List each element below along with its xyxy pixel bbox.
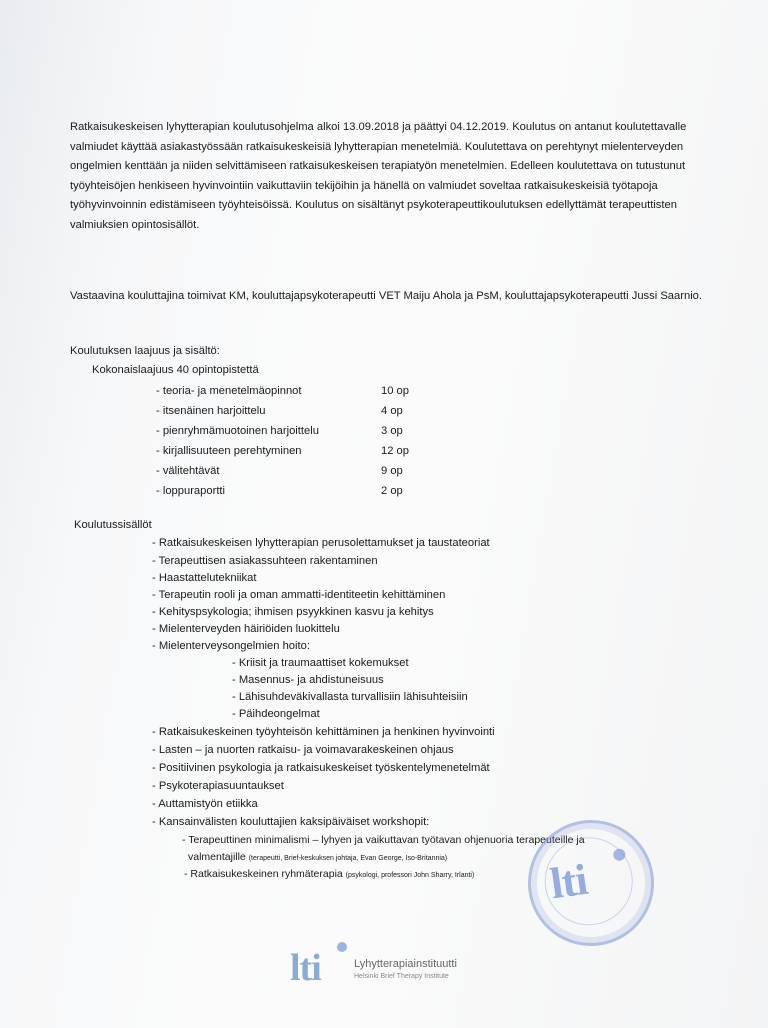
scope-item-value: 9 op (381, 465, 403, 477)
scope-heading: Koulutuksen laajuus ja sisältö: (70, 345, 220, 357)
footer-dot-icon (337, 942, 347, 952)
workshop-item: valmentajille (terapeutti, Brief-keskuks… (188, 851, 447, 863)
scope-item-label: - kirjallisuuteen perehtyminen (156, 445, 302, 457)
contents-sub-item: - Masennus- ja ahdistuneisuus (232, 674, 384, 686)
contents-item: - Kehityspsykologia; ihmisen psyykkinen … (152, 606, 434, 618)
workshop-note: (terapeutti, Brief-keskuksen johtaja, Ev… (249, 855, 447, 862)
workshop-note: (psykologi, professori John Sharry, Irla… (346, 872, 475, 879)
workshop-title: - Ratkaisukeskeinen ryhmäterapia (184, 868, 343, 880)
intro-paragraph: Ratkaisukeskeisen lyhytterapian koulutus… (70, 118, 710, 236)
scope-item-label: - itsenäinen harjoittelu (156, 405, 265, 417)
document-page: Ratkaisukeskeisen lyhytterapian koulutus… (0, 0, 768, 1028)
contents-item: - Mielenterveyden häiriöiden luokittelu (152, 623, 340, 635)
contents-sub-item: - Lähisuhdeväkivallasta turvallisiin läh… (232, 691, 468, 703)
contents-item: - Lasten – ja nuorten ratkaisu- ja voima… (152, 744, 454, 756)
scope-item-value: 2 op (381, 485, 403, 497)
contents-item: - Positiivinen psykologia ja ratkaisukes… (152, 762, 490, 774)
workshop-item: - Ratkaisukeskeinen ryhmäterapia (psykol… (184, 868, 474, 880)
scope-item-label: - teoria- ja menetelmäopinnot (156, 385, 302, 397)
contents-sub-item: - Kriisit ja traumaattiset kokemukset (232, 657, 409, 669)
scope-item-label: - pienryhmämuotoinen harjoittelu (156, 425, 319, 437)
workshop-title-cont: valmentajille (188, 851, 246, 863)
contents-sub-item: - Päihdeongelmat (232, 708, 320, 720)
contents-item: - Haastattelutekniikat (152, 572, 256, 584)
contents-heading: Koulutussisällöt (74, 519, 152, 531)
scope-total: Kokonaislaajuus 40 opintopistettä (92, 364, 259, 376)
footer-institute-name: Lyhytterapiainstituutti (354, 958, 457, 970)
scope-item-value: 12 op (381, 445, 409, 457)
contents-item: - Ratkaisukeskeisen lyhytterapian peruso… (152, 537, 490, 549)
scope-item-label: - loppuraportti (156, 485, 225, 497)
footer-institute-subtitle: Helsinki Brief Therapy Institute (354, 973, 449, 980)
scope-item-value: 3 op (381, 425, 403, 437)
contents-item: - Kansainvälisten kouluttajien kaksipäiv… (152, 816, 429, 828)
scope-item-value: 10 op (381, 385, 409, 397)
scope-item-value: 4 op (381, 405, 403, 417)
scope-item-label: - välitehtävät (156, 465, 219, 477)
contents-item: - Terapeuttisen asiakassuhteen rakentami… (152, 555, 378, 567)
stamp-logo: lti (547, 854, 590, 910)
footer-logo-block: lti Lyhytterapiainstituutti Helsinki Bri… (290, 940, 520, 990)
contents-item: - Terapeutin rooli ja oman ammatti-ident… (152, 589, 445, 601)
contents-item: - Ratkaisukeskeinen työyhteisön kehittäm… (152, 726, 495, 738)
trainers-paragraph: Vastaavina kouluttajina toimivat KM, kou… (70, 287, 710, 307)
footer-logo-icon: lti (290, 946, 321, 990)
contents-item: - Mielenterveysongelmien hoito: (152, 640, 310, 652)
workshop-item: - Terapeuttinen minimalismi – lyhyen ja … (182, 834, 585, 846)
contents-item: - Auttamistyön etiikka (152, 798, 258, 810)
contents-item: - Psykoterapiasuuntaukset (152, 780, 284, 792)
